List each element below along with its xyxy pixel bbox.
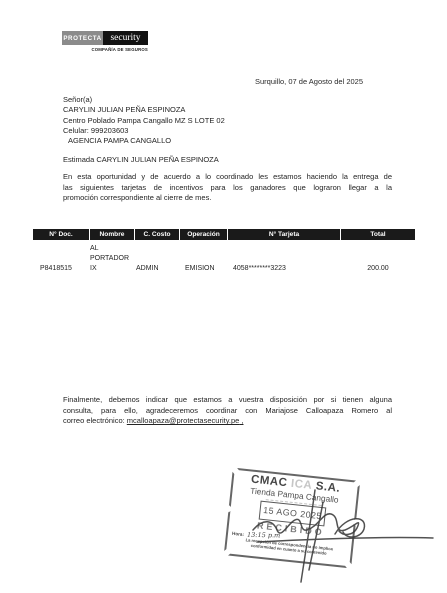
- table-header-doc: N° Doc.: [33, 229, 90, 240]
- recipient-address: Centro Poblado Pampa Cangallo MZ S LOTE …: [63, 116, 225, 126]
- table-header-total: Total: [341, 229, 415, 240]
- cell-total-amount: 200.00: [341, 265, 415, 273]
- cell-holder-name: AL PORTADOR IX: [90, 240, 135, 275]
- recipient-phone: Celular: 999203603: [63, 126, 225, 136]
- paragraph2-line1: Finalmente, debemos indicar que estamos …: [63, 395, 392, 406]
- holder-name-line2: PORTADOR: [90, 254, 135, 264]
- logo-protecta-label: PROTECTA: [62, 31, 103, 45]
- holder-name-line1: AL: [90, 244, 135, 254]
- body-paragraph-2: Finalmente, debemos indicar que estamos …: [63, 395, 392, 427]
- table-header-row: N° Doc. Nombre C. Costo Operación N° Tar…: [33, 229, 415, 240]
- body-paragraph-1: En esta oportunidad y de acuerdo a lo co…: [63, 172, 392, 204]
- recipient-block: Señor(a) CARYLIN JULIAN PEÑA ESPINOZA Ce…: [63, 95, 225, 146]
- recipient-salutation: Señor(a): [63, 95, 225, 105]
- table-header-cost-center: C. Costo: [135, 229, 180, 240]
- greeting-line: Estimada CARYLIN JULIAN PEÑA ESPINOZA: [63, 155, 219, 164]
- paragraph2-line2: consulta, para ello, agradeceremos coord…: [63, 406, 392, 417]
- paragraph1-line3: promoción correspondiente al cierre de m…: [63, 193, 392, 204]
- cell-doc-number: P8418515: [33, 265, 90, 273]
- company-logo: PROTECTA security COMPAÑÍA DE SEGUROS: [62, 31, 148, 52]
- letter-page: PROTECTA security COMPAÑÍA DE SEGUROS Su…: [0, 0, 447, 593]
- paragraph1-line1: En esta oportunidad y de acuerdo a lo co…: [63, 172, 392, 183]
- table-row: P8418515 AL PORTADOR IX ADMIN EMISION 40…: [33, 240, 415, 273]
- paragraph1-line2: las siguientes tarjetas de incentivos pa…: [63, 183, 392, 194]
- table-header-card: N° Tarjeta: [228, 229, 341, 240]
- signature-ink: [235, 470, 445, 593]
- recipient-agency: AGENCIA PAMPA CANGALLO: [63, 136, 225, 146]
- recipient-name: CARYLIN JULIAN PEÑA ESPINOZA: [63, 105, 225, 115]
- email-prefix: correo electrónico:: [63, 416, 127, 425]
- date-line: Surquillo, 07 de Agosto del 2025: [255, 77, 363, 86]
- logo-tagline: COMPAÑÍA DE SEGUROS: [62, 47, 148, 52]
- incentive-cards-table: N° Doc. Nombre C. Costo Operación N° Tar…: [33, 229, 415, 273]
- cell-cost-center: ADMIN: [135, 265, 180, 273]
- paragraph2-line3: correo electrónico: mcalloapaza@protecta…: [63, 416, 392, 427]
- contact-email-link[interactable]: mcalloapaza@protectasecurity.pe ,: [127, 416, 244, 425]
- cell-operation: EMISION: [180, 265, 228, 273]
- logo-wordmark: PROTECTA security: [62, 31, 148, 45]
- cell-card-number: 4058********3223: [228, 265, 341, 273]
- table-header-operation: Operación: [180, 229, 228, 240]
- logo-security-label: security: [103, 31, 148, 45]
- table-header-name: Nombre: [90, 229, 135, 240]
- holder-name-line3: IX: [90, 264, 135, 274]
